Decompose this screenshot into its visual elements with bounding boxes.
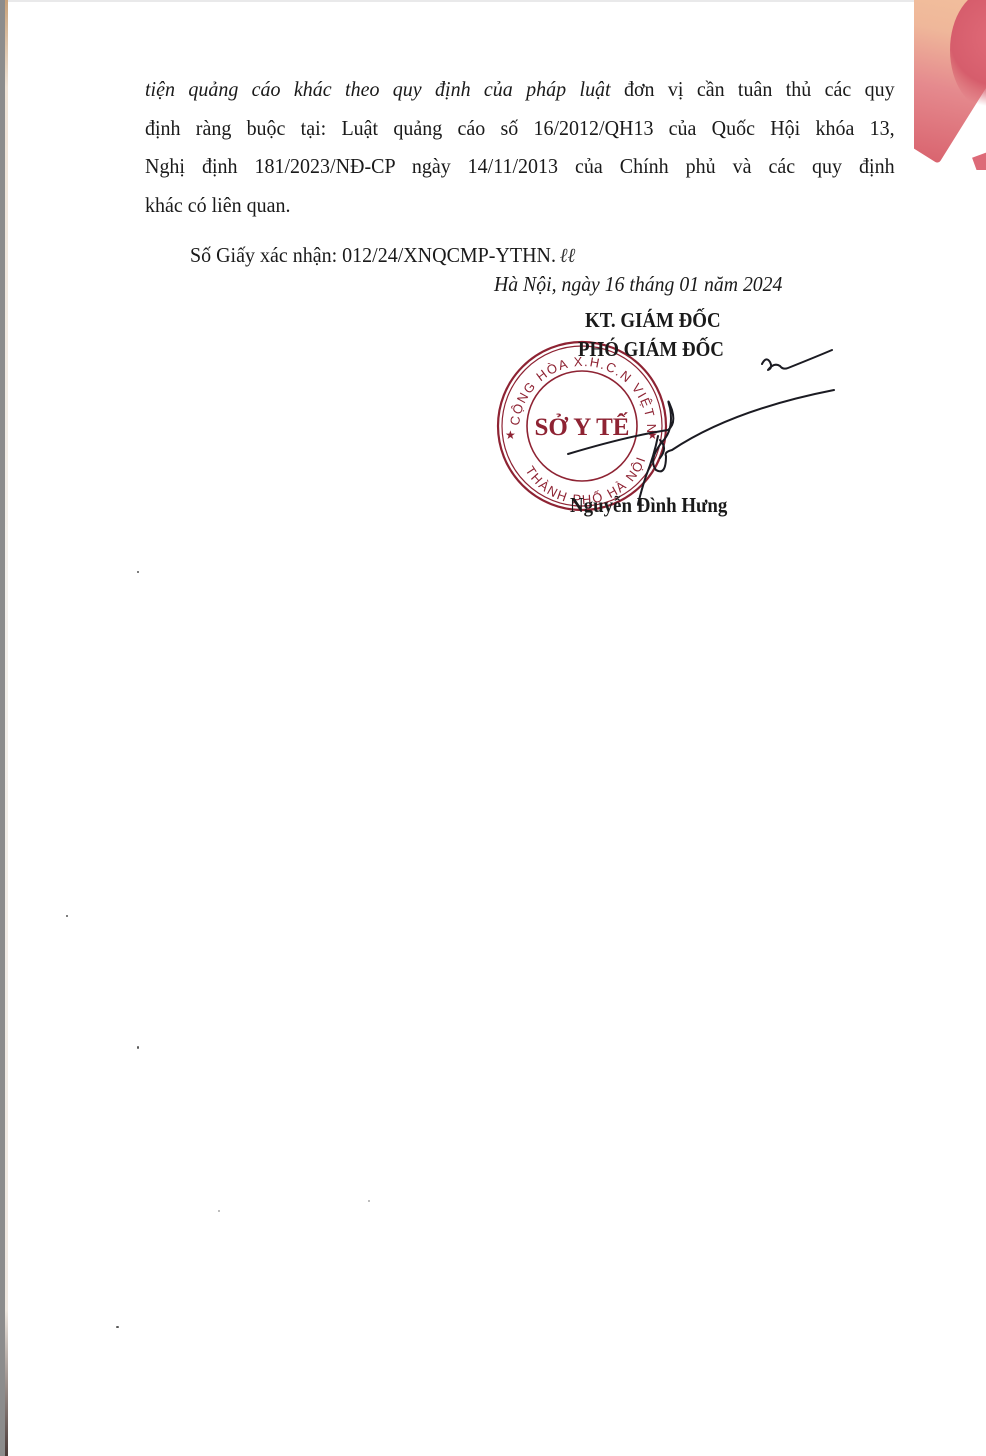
scan-speck bbox=[368, 1200, 370, 1202]
handwritten-initial: ℓℓ bbox=[560, 243, 576, 267]
scan-speck bbox=[137, 1046, 139, 1049]
body-paragraph: tiện quảng cáo khác theo quy định của ph… bbox=[145, 70, 843, 224]
date-line: Hà Nội, ngày 16 tháng 01 năm 2024 bbox=[494, 272, 782, 297]
page-top-edge bbox=[0, 0, 986, 2]
confirmation-number: Số Giấy xác nhận: 012/24/XNQCMP-YTHN.ℓℓ bbox=[190, 243, 575, 268]
corner-notch bbox=[972, 144, 986, 170]
body-line-text: đơn vị cần tuân thủ các quy bbox=[611, 77, 895, 101]
body-line: Nghị định 181/2023/NĐ-CP ngày 14/11/2013… bbox=[145, 147, 895, 186]
body-line-text: khác có liên quan. bbox=[145, 193, 290, 217]
body-line-italic: tiện quảng cáo khác theo quy định của ph… bbox=[145, 77, 611, 101]
signer-name: Nguyễn Đình Hưng bbox=[570, 493, 727, 518]
body-line-text: định ràng buộc tại: Luật quảng cáo số 16… bbox=[145, 116, 895, 140]
scan-speck bbox=[116, 1326, 119, 1328]
scan-speck bbox=[218, 1210, 220, 1212]
body-line: tiện quảng cáo khác theo quy định của ph… bbox=[145, 70, 895, 109]
seal-star-left-icon: ★ bbox=[505, 428, 516, 442]
scan-speck bbox=[66, 915, 68, 917]
body-line: định ràng buộc tại: Luật quảng cáo số 16… bbox=[145, 109, 895, 148]
body-line: khác có liên quan. bbox=[145, 186, 895, 225]
corner-decoration bbox=[914, 0, 986, 170]
body-line-text: Nghị định 181/2023/NĐ-CP ngày 14/11/2013… bbox=[145, 154, 895, 178]
paper-left-edge bbox=[5, 0, 8, 1456]
confirmation-number-text: Số Giấy xác nhận: 012/24/XNQCMP-YTHN. bbox=[190, 243, 556, 267]
scan-speck bbox=[137, 571, 139, 573]
